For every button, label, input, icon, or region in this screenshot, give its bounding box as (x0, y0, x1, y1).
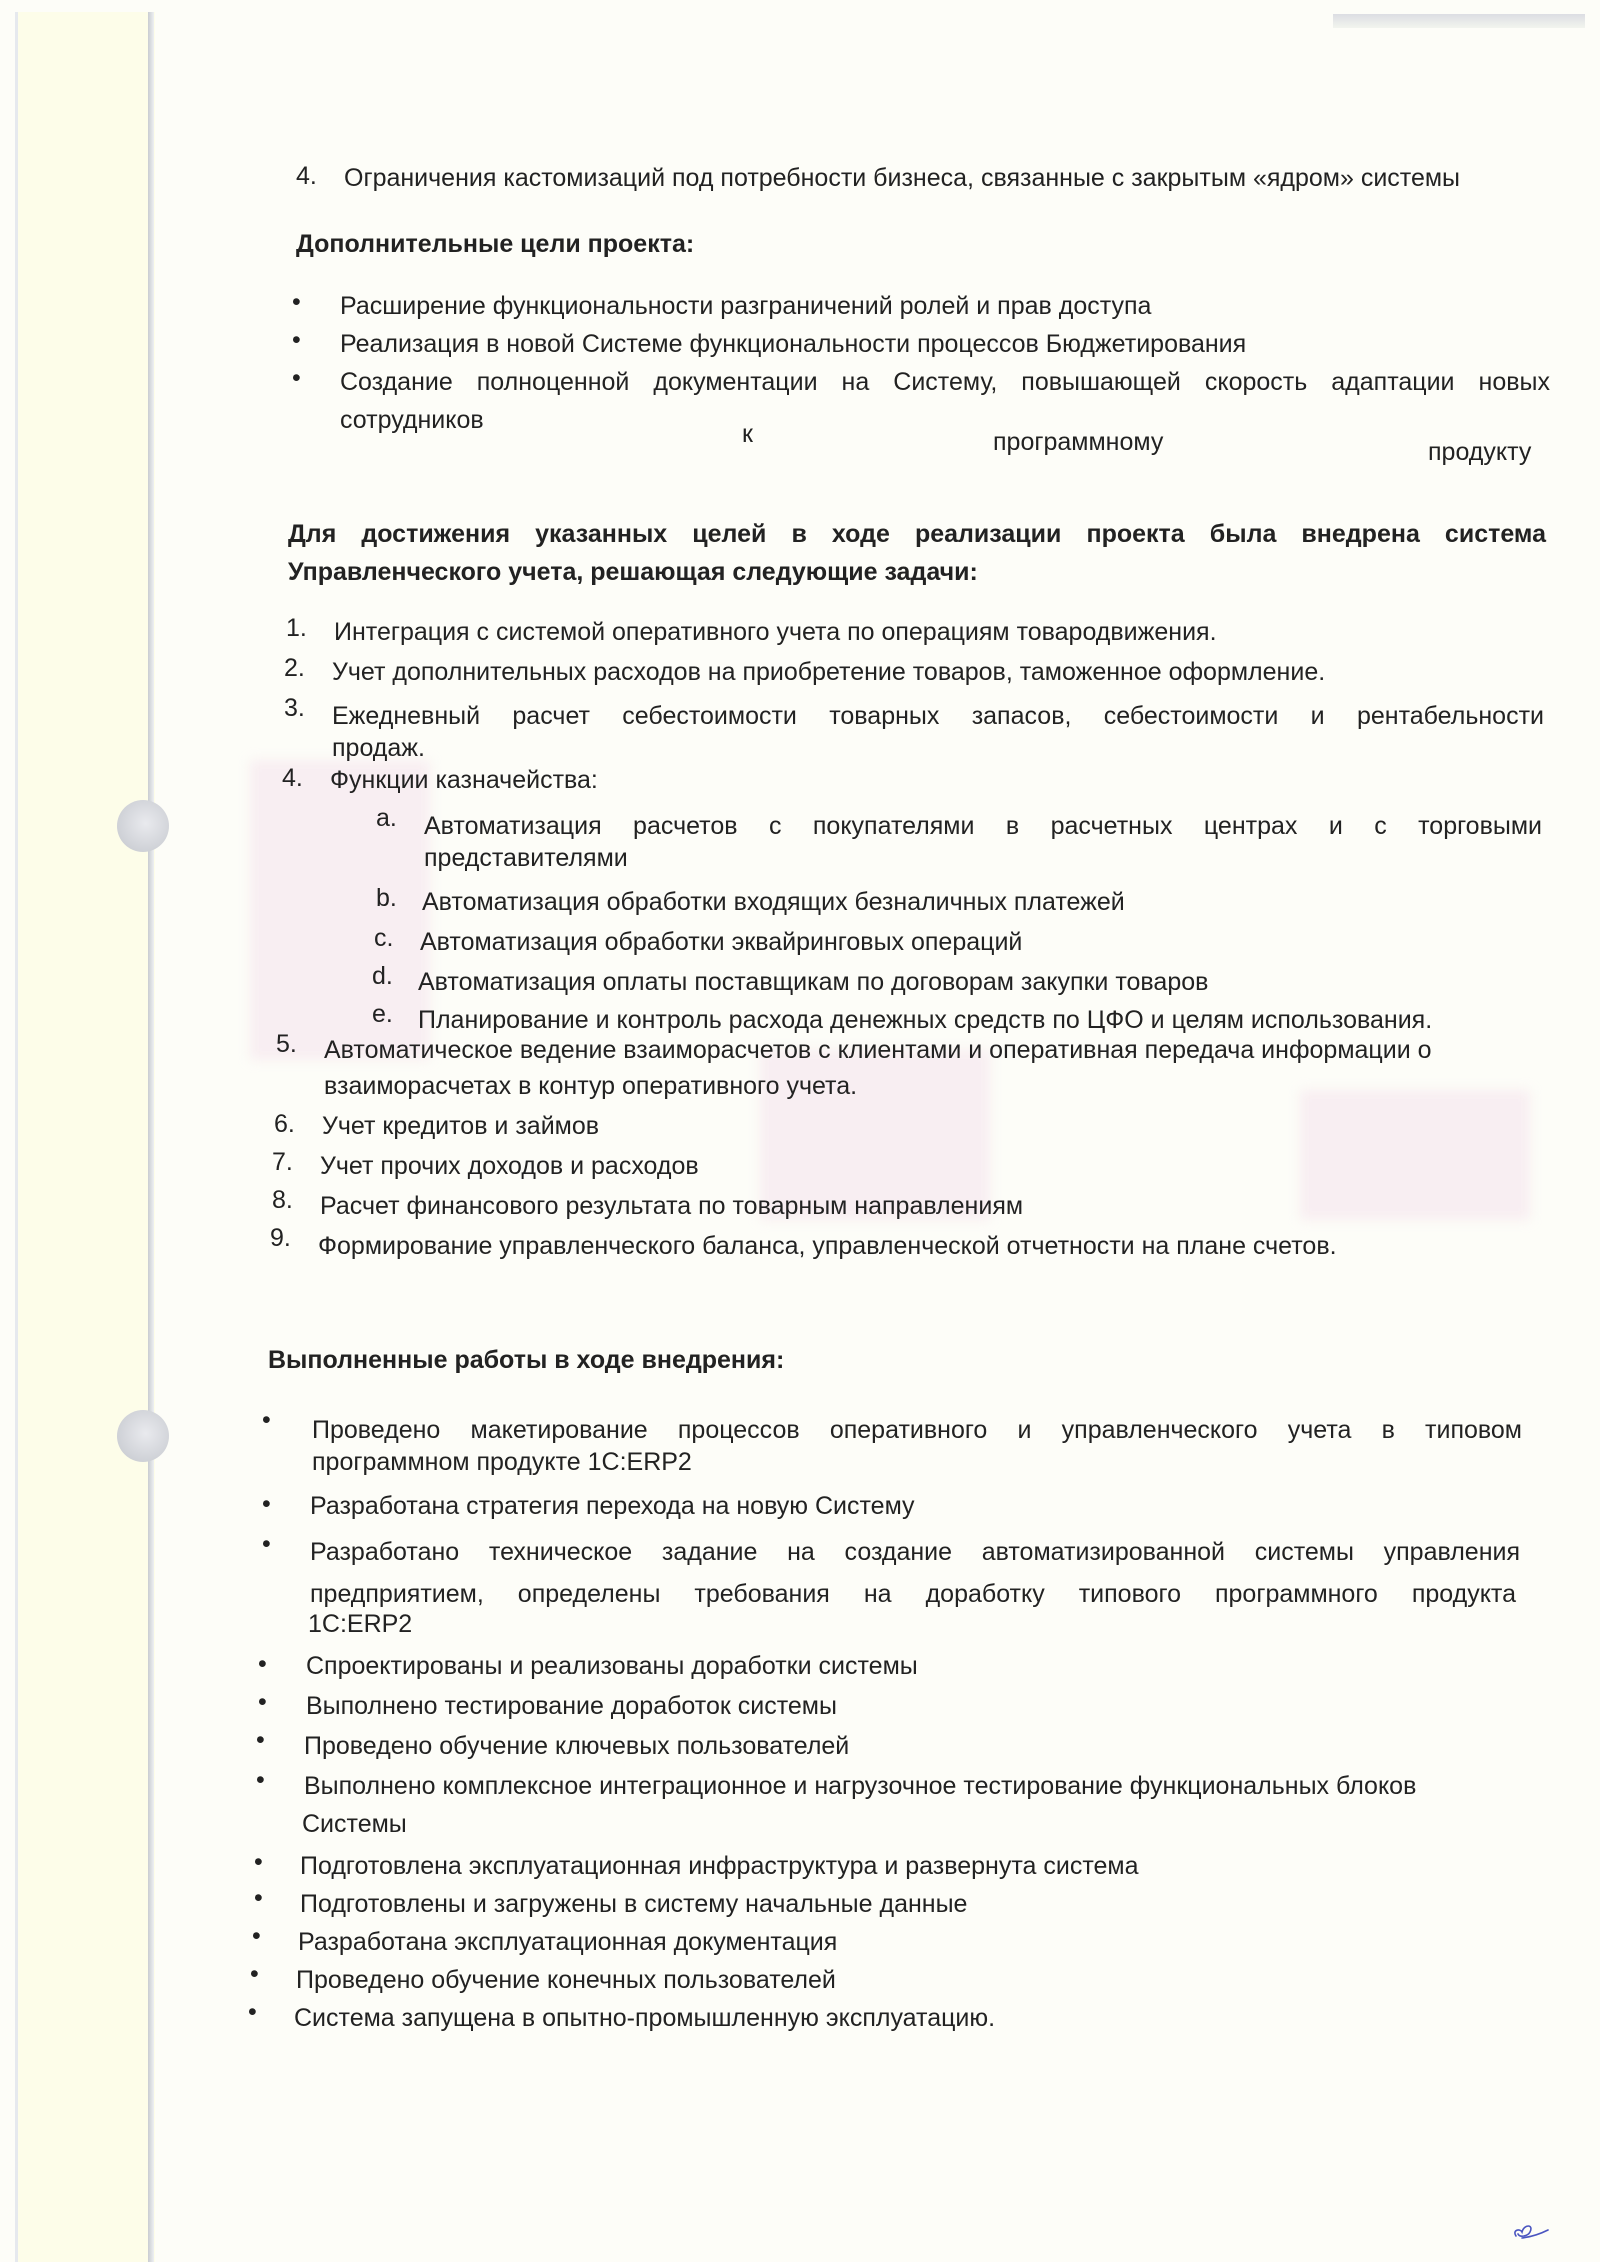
goal-item-continuation: программному (993, 426, 1163, 458)
list-marker: 3. (284, 692, 305, 724)
goal-item-continuation: к (742, 418, 753, 450)
completed-work-item-continuation: Системы (302, 1808, 407, 1840)
bullet-icon: • (258, 1648, 267, 1680)
bullet-icon: • (292, 362, 301, 394)
show-through-stain (250, 760, 430, 1060)
show-through-stain (1300, 1090, 1530, 1220)
bullet-icon: • (292, 286, 301, 318)
completed-work-item-continuation: 1С:ERP2 (308, 1608, 412, 1640)
task-item: Учет дополнительных расходов на приобрет… (332, 656, 1325, 688)
punch-hole (117, 800, 169, 852)
bullet-icon: • (252, 1920, 261, 1952)
bullet-icon: • (262, 1488, 271, 1520)
completed-work-item-continuation: программном продукте 1С:ERP2 (312, 1446, 692, 1478)
list-marker: 4. (296, 160, 317, 192)
task-item: Функции казначейства: (330, 764, 598, 796)
sublist-marker: c. (374, 922, 393, 954)
list-marker: 5. (276, 1028, 297, 1060)
completed-work-item: Подготовлена эксплуатационная инфраструк… (300, 1850, 1139, 1882)
task-item: Ежедневный расчет себестоимости товарных… (332, 700, 1544, 732)
list-marker: 8. (272, 1184, 293, 1216)
task-item: Формирование управленческого баланса, уп… (318, 1230, 1337, 1262)
completed-work-heading: Выполненные работы в ходе внедрения: (268, 1344, 784, 1376)
completed-work-item: Разработана стратегия перехода на новую … (310, 1490, 915, 1522)
list-marker: 7. (272, 1146, 293, 1178)
completed-work-item: Проведено макетирование процессов операт… (312, 1414, 1522, 1446)
treasury-subitem: Автоматизация расчетов с покупателями в … (424, 810, 1542, 842)
goal-item: Реализация в новой Системе функционально… (340, 328, 1246, 360)
completed-work-item: Разработано техническое задание на созда… (310, 1536, 1520, 1568)
bullet-icon: • (292, 324, 301, 356)
treasury-subitem-continuation: представителями (424, 842, 628, 874)
bullet-icon: • (248, 1996, 257, 2028)
task-item: Интеграция с системой оперативного учета… (334, 616, 1217, 648)
sublist-marker: b. (376, 882, 397, 914)
task-item: Расчет финансового результата по товарны… (320, 1190, 1023, 1222)
additional-goals-heading: Дополнительные цели проекта: (296, 228, 694, 260)
sublist-marker: a. (376, 802, 397, 834)
goal-item-continuation: сотрудников (340, 404, 484, 436)
task-item-continuation: взаиморасчетах в контур оперативного уче… (324, 1070, 857, 1102)
list-marker: 6. (274, 1108, 295, 1140)
bullet-icon: • (254, 1846, 263, 1878)
page-fold-line (148, 12, 154, 2262)
task-item: Автоматическое ведение взаиморасчетов с … (324, 1034, 1432, 1066)
completed-work-item: Спроектированы и реализованы доработки с… (306, 1650, 918, 1682)
bullet-icon: • (250, 1958, 259, 1990)
completed-work-item-continuation: предприятием, определены требования на д… (310, 1578, 1516, 1610)
bullet-icon: • (262, 1404, 271, 1436)
bullet-icon: • (258, 1686, 267, 1718)
list-marker: 4. (282, 762, 303, 794)
goal-item: Создание полноценной документации на Сис… (340, 366, 1550, 398)
bullet-icon: • (254, 1882, 263, 1914)
treasury-subitem: Автоматизация обработки эквайринговых оп… (420, 926, 1022, 958)
goal-item-continuation: продукту (1428, 436, 1531, 468)
treasury-subitem: Автоматизация обработки входящих безнали… (422, 886, 1125, 918)
bullet-icon: • (262, 1528, 271, 1560)
tasks-heading: Для достижения указанных целей в ходе ре… (288, 518, 1546, 550)
list-marker: 9. (270, 1222, 291, 1254)
completed-work-item: Подготовлены и загружены в систему начал… (300, 1888, 967, 1920)
completed-work-item: Проведено обучение конечных пользователе… (296, 1964, 836, 1996)
task-item-continuation: продаж. (332, 732, 425, 764)
task-item: Учет прочих доходов и расходов (320, 1150, 699, 1182)
handwritten-initials-icon (1510, 2220, 1550, 2242)
tasks-heading-continuation: Управленческого учета, решающая следующи… (288, 556, 978, 588)
completed-work-item: Выполнено комплексное интеграционное и н… (304, 1770, 1416, 1802)
completed-work-item: Система запущена в опытно-промышленную э… (294, 2002, 995, 2034)
list-marker: 1. (286, 612, 307, 644)
punch-hole (117, 1410, 169, 1462)
bullet-icon: • (256, 1724, 265, 1756)
completed-work-item: Выполнено тестирование доработок системы (306, 1690, 837, 1722)
list-marker: 2. (284, 652, 305, 684)
page-binding-strip (15, 12, 155, 2262)
task-item: Учет кредитов и займов (322, 1110, 599, 1142)
treasury-subitem: Планирование и контроль расхода денежных… (418, 1004, 1432, 1036)
completed-work-item: Разработана эксплуатационная документаци… (298, 1926, 837, 1958)
scan-edge-strip (1333, 14, 1585, 28)
sublist-marker: d. (372, 960, 393, 992)
completed-work-item: Проведено обучение ключевых пользователе… (304, 1730, 849, 1762)
intro-item-text: Ограничения кастомизаций под потребности… (344, 162, 1460, 194)
goal-item: Расширение функциональности разграничени… (340, 290, 1151, 322)
treasury-subitem: Автоматизация оплаты поставщикам по дого… (418, 966, 1208, 998)
sublist-marker: e. (372, 998, 393, 1030)
bullet-icon: • (256, 1764, 265, 1796)
